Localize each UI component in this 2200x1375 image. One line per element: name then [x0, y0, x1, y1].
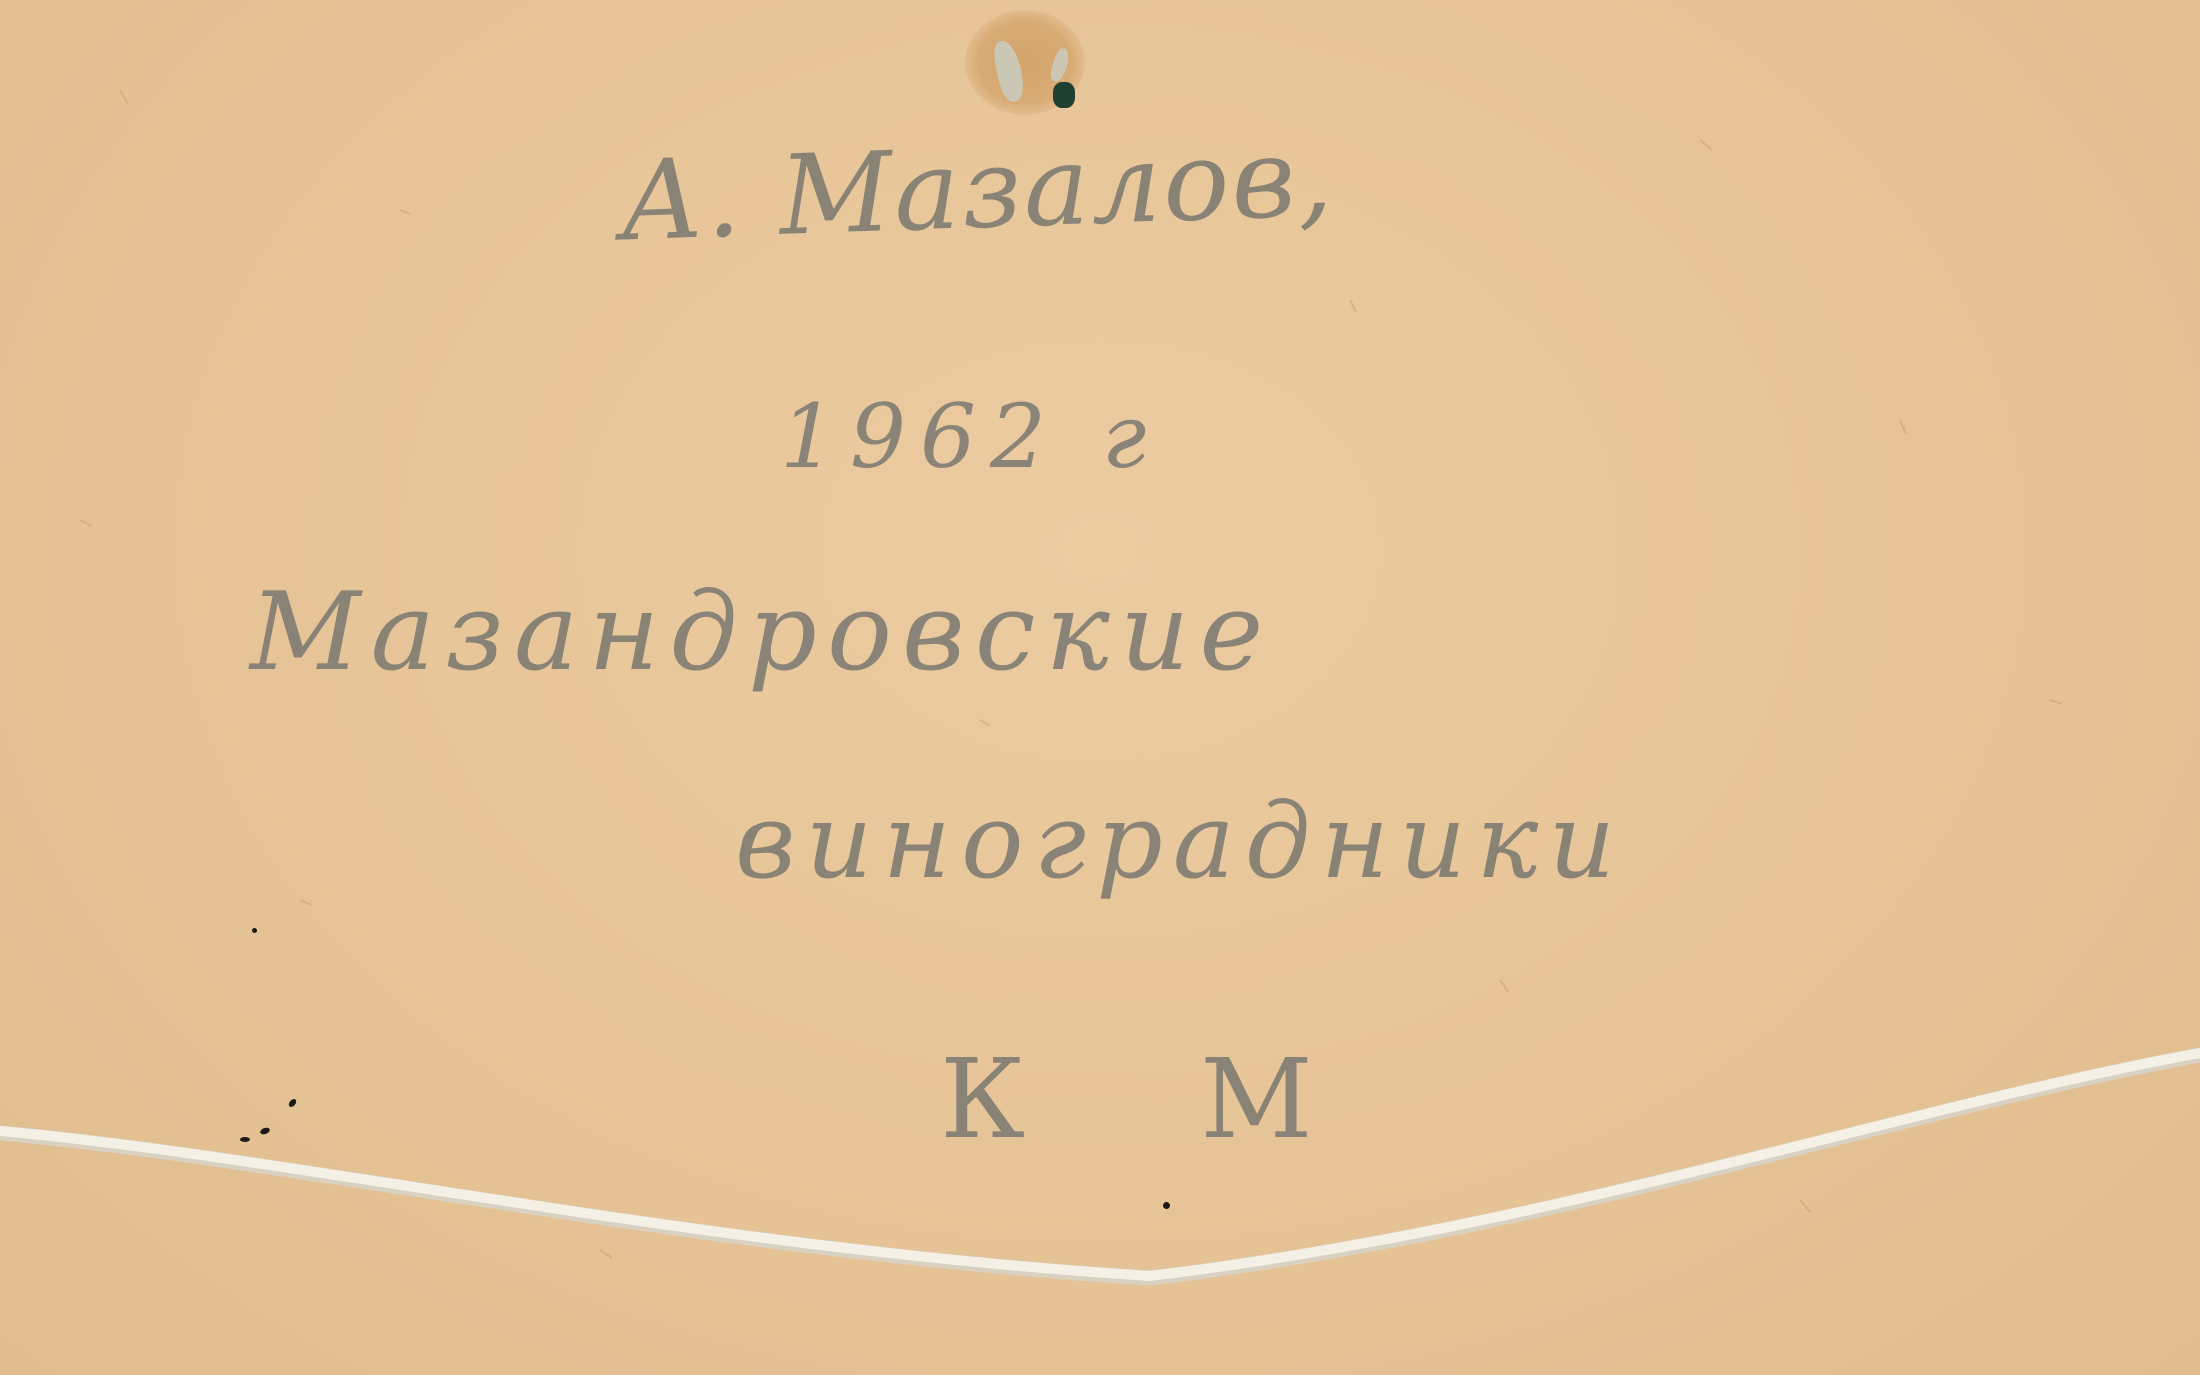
hanging-cord	[0, 0, 2200, 1375]
